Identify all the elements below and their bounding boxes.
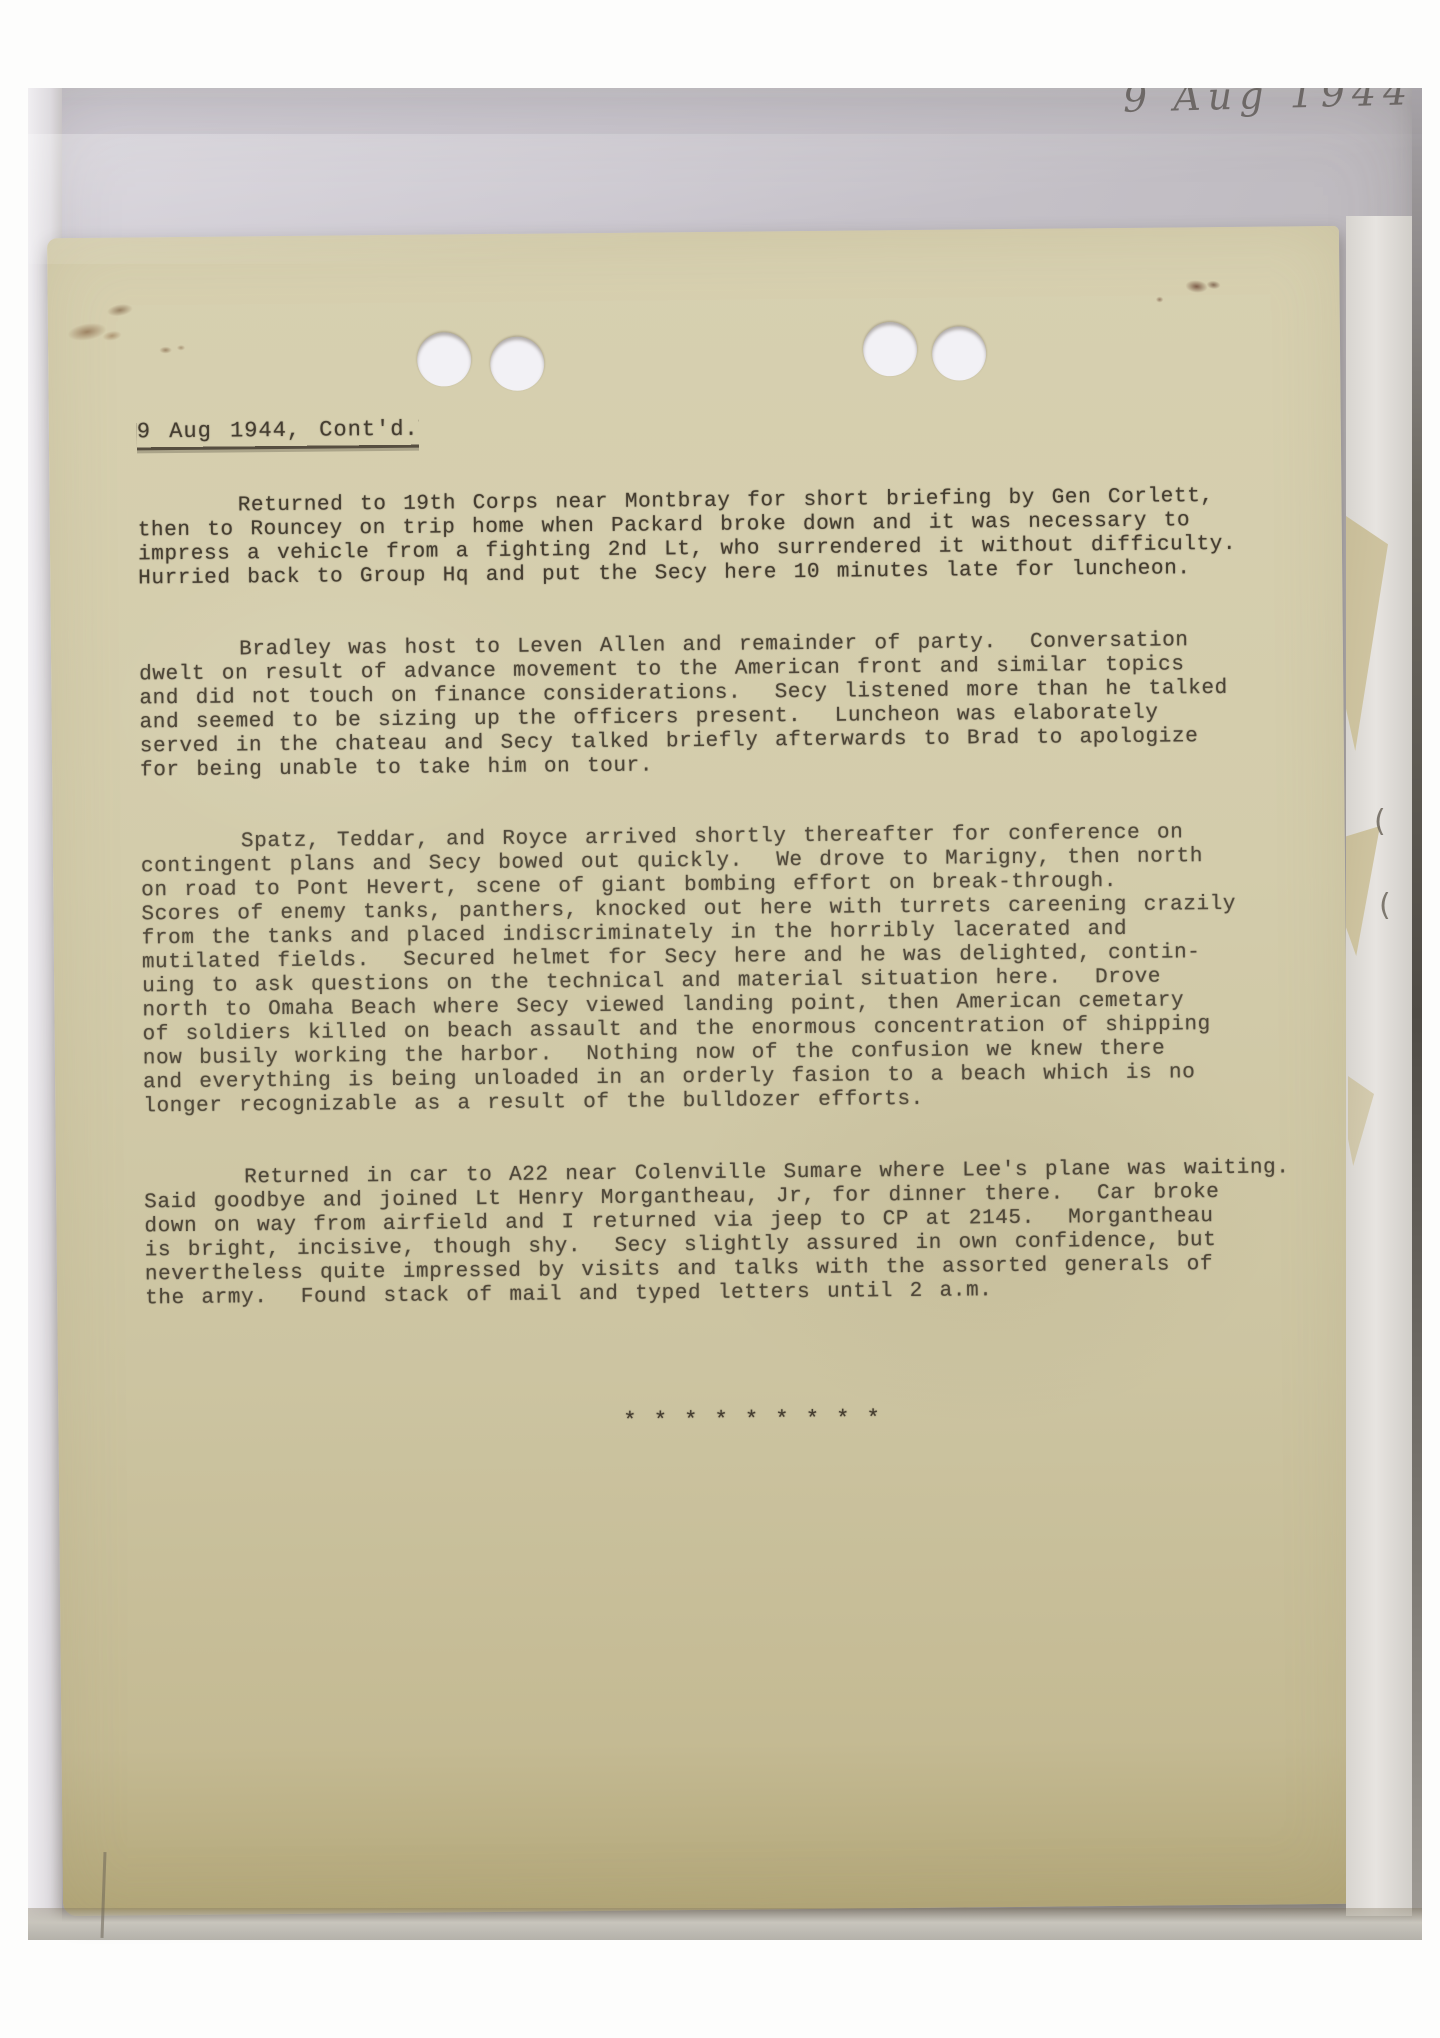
paper-stain [148, 339, 192, 361]
paper-stack-sheet-corner [1346, 826, 1380, 956]
paper-stack-sheet-corner [1348, 1076, 1374, 1166]
diary-paragraph: Returned in car to A22 near Colenville S… [144, 1156, 1305, 1311]
pencil-margin-mark: ( [1379, 888, 1391, 923]
punch-hole [863, 322, 918, 377]
pencil-margin-mark: ( [1374, 804, 1386, 839]
paper-stack-edge [1346, 216, 1412, 1916]
punch-hole [932, 326, 987, 381]
photo-right-shadow-edge [1412, 88, 1422, 1940]
punch-hole [490, 336, 545, 391]
diary-paragraph: Bradley was host to Leven Allen and rema… [139, 628, 1300, 783]
scan-photo: 9 Aug 1944 9 Aug 1944, Cont'd. Returned … [28, 88, 1422, 1940]
punch-hole [417, 332, 472, 387]
handwritten-date-note: 9 Aug 1944 [1123, 88, 1440, 136]
paper-stain [52, 290, 159, 356]
paper-stain [1152, 293, 1168, 305]
paper-stain [1170, 267, 1229, 304]
asterisk-separator: * * * * * * * * * [623, 1406, 882, 1433]
photo-bottom-strip [28, 1908, 1422, 1940]
date-heading: 9 Aug 1944, Cont'd. [137, 417, 419, 448]
diary-paragraph: Returned to 19th Corps near Montbray for… [137, 484, 1298, 591]
scanned-document-view: 9 Aug 1944 9 Aug 1944, Cont'd. Returned … [0, 0, 1440, 2038]
paper-stack-sheet-corner [1346, 516, 1388, 751]
diary-paragraph: Spatz, Teddar, and Royce arrived shortly… [141, 820, 1304, 1119]
document-page: 9 Aug 1944, Cont'd. Returned to 19th Cor… [47, 226, 1355, 1916]
handwritten-date-text: 9 Aug 1944 [1123, 88, 1415, 121]
